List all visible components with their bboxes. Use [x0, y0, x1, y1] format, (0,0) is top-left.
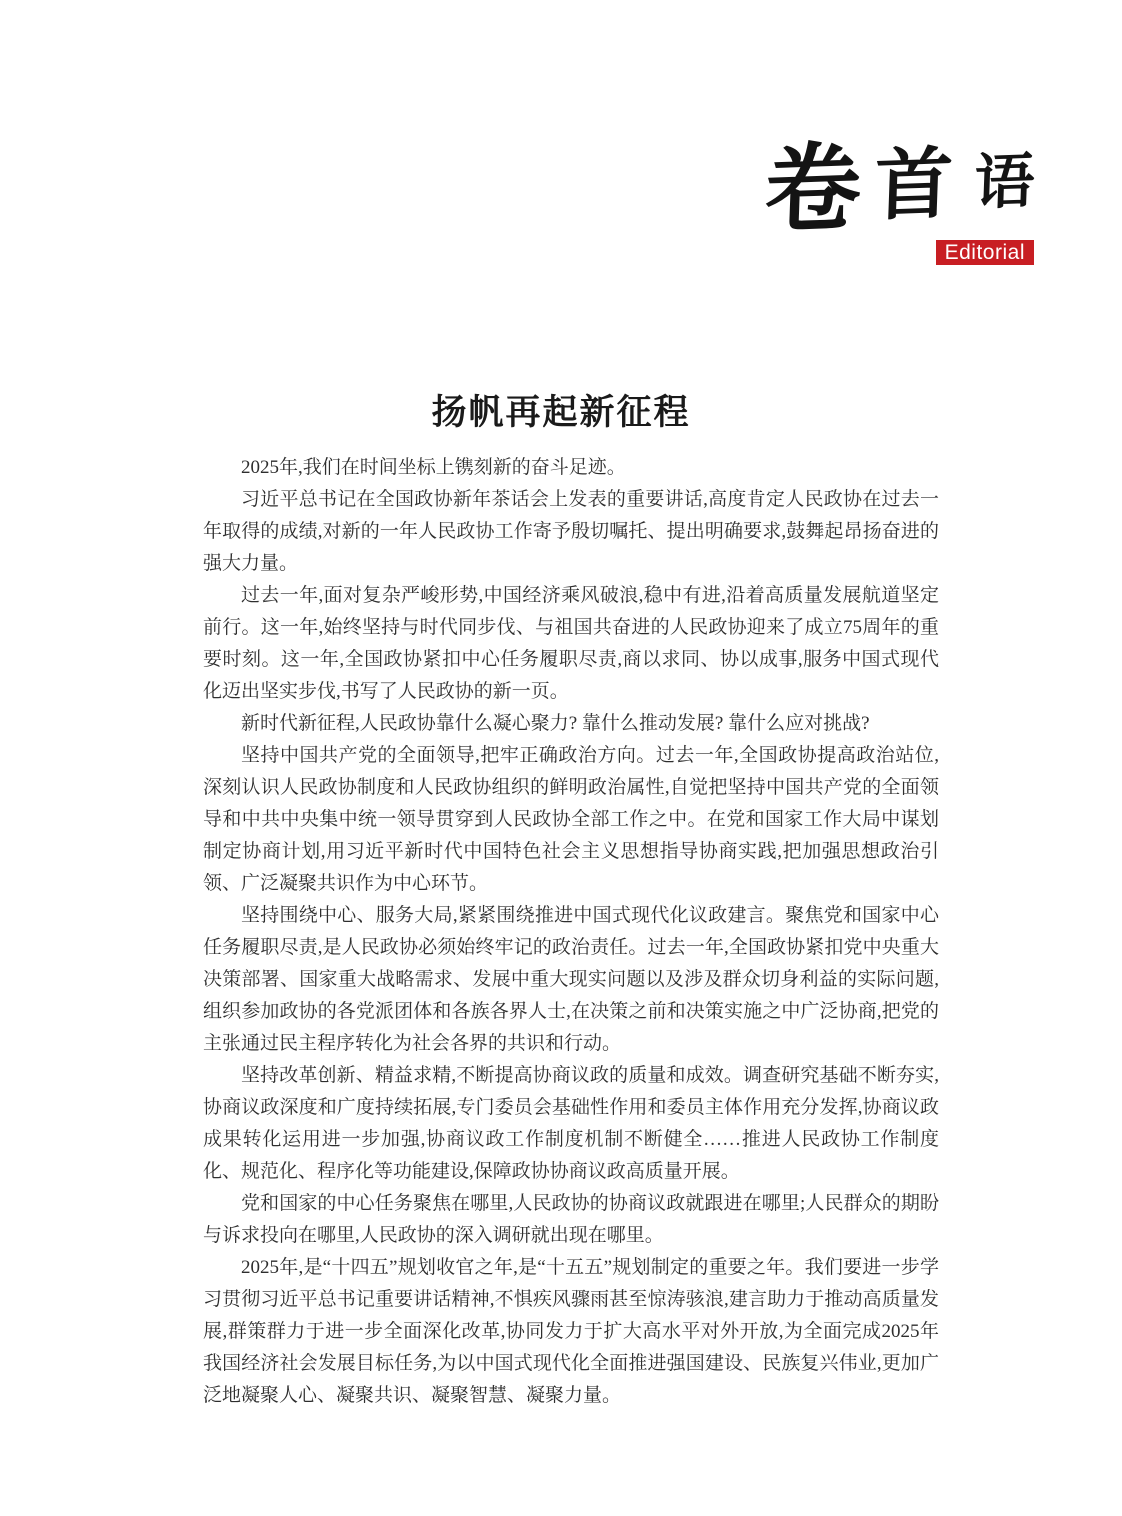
editorial-badge: Editorial: [936, 240, 1034, 265]
paragraph: 习近平总书记在全国政协新年茶话会上发表的重要讲话,高度肯定人民政协在过去一年取得…: [203, 484, 939, 580]
paragraph: 坚持中国共产党的全面领导,把牢正确政治方向。过去一年,全国政协提高政治站位,深刻…: [203, 740, 939, 900]
calligraphy-char-yu: 语: [973, 151, 1035, 213]
paragraph: 坚持围绕中心、服务大局,紧紧围绕推进中国式现代化议政建言。聚焦党和国家中心任务履…: [203, 900, 939, 1060]
article-body: 2025年,我们在时间坐标上镌刻新的奋斗足迹。习近平总书记在全国政协新年茶话会上…: [203, 452, 939, 1412]
page-title: 扬帆再起新征程: [0, 385, 1122, 435]
paragraph: 过去一年,面对复杂严峻形势,中国经济乘风破浪,稳中有进,沿着高质量发展航道坚定前…: [203, 580, 939, 708]
calligraphy-char-shou: 首: [873, 145, 954, 226]
calligraphy-logo: 卷 首 语: [763, 133, 1036, 238]
paragraph: 坚持改革创新、精益求精,不断提高协商议政的质量和成效。调查研究基础不断夯实,协商…: [203, 1060, 939, 1188]
calligraphy-char-juan: 卷: [763, 139, 863, 238]
editorial-page: 卷 首 语 Editorial 扬帆再起新征程 2025年,我们在时间坐标上镌刻…: [0, 0, 1122, 1516]
paragraph: 2025年,是“十四五”规划收官之年,是“十五五”规划制定的重要之年。我们要进一…: [203, 1252, 939, 1412]
paragraph: 2025年,我们在时间坐标上镌刻新的奋斗足迹。: [203, 452, 939, 484]
masthead: 卷 首 语 Editorial: [765, 138, 1034, 265]
paragraph: 党和国家的中心任务聚焦在哪里,人民政协的协商议政就跟进在哪里;人民群众的期盼与诉…: [203, 1188, 939, 1252]
paragraph: 新时代新征程,人民政协靠什么凝心聚力? 靠什么推动发展? 靠什么应对挑战?: [203, 708, 939, 740]
